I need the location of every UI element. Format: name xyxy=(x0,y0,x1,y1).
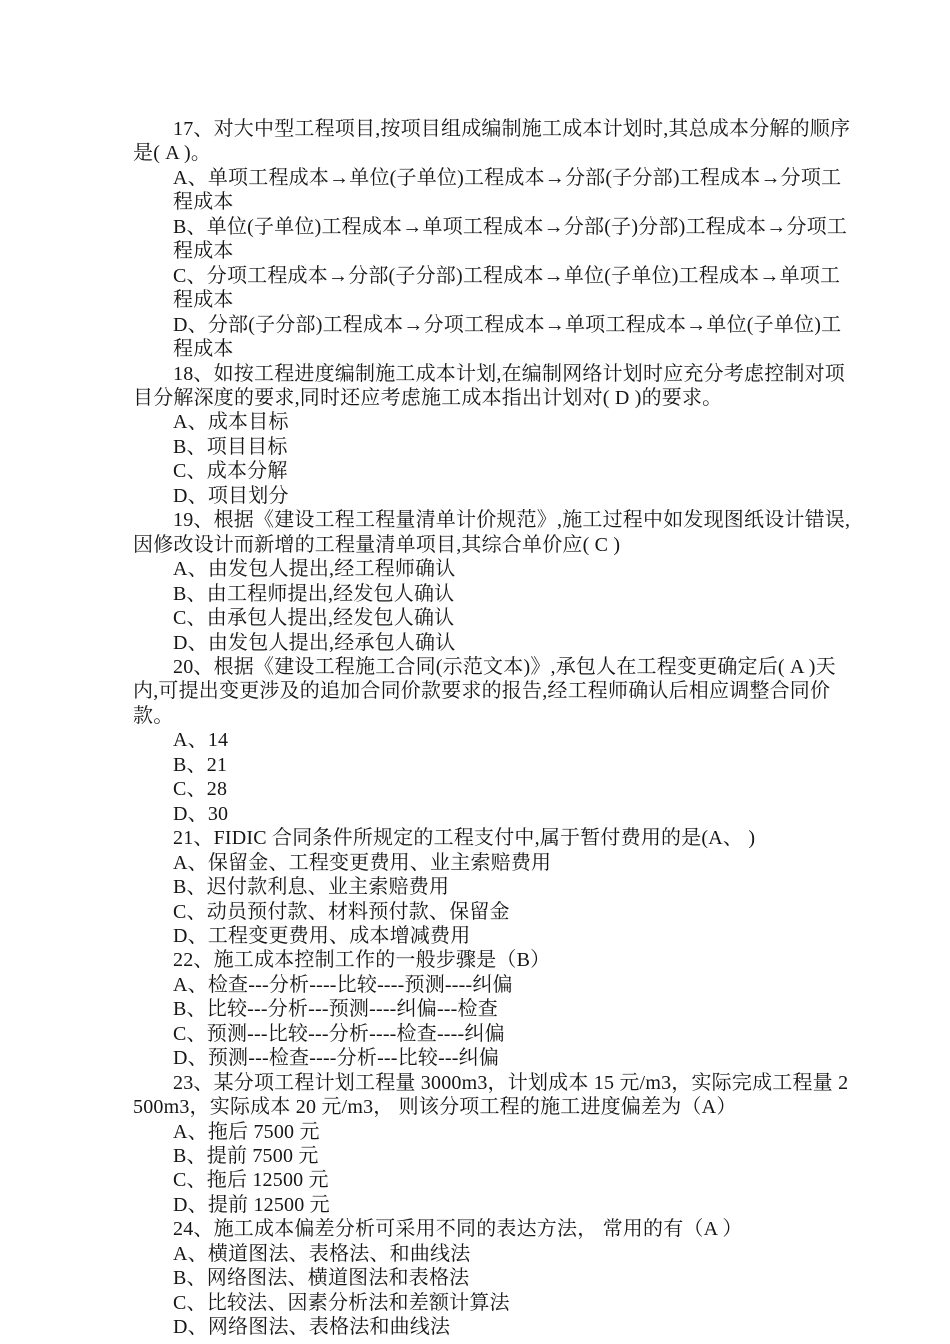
option-line: B、项目目标 xyxy=(133,435,855,459)
option-line: A、成本目标 xyxy=(133,410,855,434)
option-line: B、网络图法、横道图法和表格法 xyxy=(133,1266,855,1290)
option-line: A、横道图法、表格法、和曲线法 xyxy=(133,1242,855,1266)
option-line: D、分部(子分部)工程成本→分项工程成本→单项工程成本→单位(子单位)工程成本 xyxy=(133,313,855,362)
option-line: B、由工程师提出,经发包人确认 xyxy=(133,582,855,606)
option-line: A、14 xyxy=(133,728,855,752)
option-line: C、预测---比较---分析----检查----纠偏 xyxy=(133,1022,855,1046)
question-stem: 18、如按工程进度编制施工成本计划,在编制网络计划时应充分考虑控制对项目分解深度… xyxy=(133,362,855,411)
option-line: D、提前 12500 元 xyxy=(133,1193,855,1217)
option-line: B、迟付款利息、业主索赔费用 xyxy=(133,875,855,899)
option-line: C、分项工程成本→分部(子分部)工程成本→单位(子单位)工程成本→单项工程成本 xyxy=(133,264,855,313)
option-line: D、由发包人提出,经承包人确认 xyxy=(133,631,855,655)
question-stem: 21、FIDIC 合同条件所规定的工程支付中,属于暂付费用的是(A、 ) xyxy=(133,826,855,850)
option-line: A、拖后 7500 元 xyxy=(133,1120,855,1144)
option-line: D、预测---检查----分析---比较---纠偏 xyxy=(133,1046,855,1070)
option-line: C、动员预付款、材料预付款、保留金 xyxy=(133,900,855,924)
question-block-20: 20、根据《建设工程施工合同(示范文本)》,承包人在工程变更确定后( A )天内… xyxy=(133,655,855,826)
question-stem: 22、施工成本控制工作的一般步骤是（B） xyxy=(133,948,855,972)
question-stem: 17、对大中型工程项目,按项目组成编制施工成本计划时,其总成本分解的顺序是( A… xyxy=(133,117,855,166)
option-line: C、由承包人提出,经发包人确认 xyxy=(133,606,855,630)
question-stem: 23、某分项工程计划工程量 3000m3，计划成本 15 元/m3，实际完成工程… xyxy=(133,1071,855,1120)
option-line: A、检查---分析----比较----预测----纠偏 xyxy=(133,973,855,997)
option-line: C、成本分解 xyxy=(133,459,855,483)
question-stem: 20、根据《建设工程施工合同(示范文本)》,承包人在工程变更确定后( A )天内… xyxy=(133,655,855,728)
option-line: A、单项工程成本→单位(子单位)工程成本→分部(子分部)工程成本→分项工程成本 xyxy=(133,166,855,215)
option-line: D、工程变更费用、成本增减费用 xyxy=(133,924,855,948)
option-line: D、30 xyxy=(133,802,855,826)
exam-document: 17、对大中型工程项目,按项目组成编制施工成本计划时,其总成本分解的顺序是( A… xyxy=(0,0,950,1344)
option-line: B、提前 7500 元 xyxy=(133,1144,855,1168)
option-line: B、单位(子单位)工程成本→单项工程成本→分部(子)分部)工程成本→分项工程成本 xyxy=(133,215,855,264)
option-line: D、项目划分 xyxy=(133,484,855,508)
question-stem: 24、施工成本偏差分析可采用不同的表达方法， 常用的有（A ） xyxy=(133,1217,855,1241)
option-line: A、由发包人提出,经工程师确认 xyxy=(133,557,855,581)
option-line: A、保留金、工程变更费用、业主索赔费用 xyxy=(133,851,855,875)
question-block-23: 23、某分项工程计划工程量 3000m3，计划成本 15 元/m3，实际完成工程… xyxy=(133,1071,855,1218)
option-line: C、28 xyxy=(133,777,855,801)
option-line: C、比较法、因素分析法和差额计算法 xyxy=(133,1291,855,1315)
question-block-17: 17、对大中型工程项目,按项目组成编制施工成本计划时,其总成本分解的顺序是( A… xyxy=(133,117,855,362)
option-line: D、网络图法、表格法和曲线法 xyxy=(133,1315,855,1339)
option-line: C、拖后 12500 元 xyxy=(133,1168,855,1192)
question-block-24: 24、施工成本偏差分析可采用不同的表达方法， 常用的有（A ） A、横道图法、表… xyxy=(133,1217,855,1339)
question-block-22: 22、施工成本控制工作的一般步骤是（B） A、检查---分析----比较----… xyxy=(133,948,855,1070)
question-block-18: 18、如按工程进度编制施工成本计划,在编制网络计划时应充分考虑控制对项目分解深度… xyxy=(133,362,855,509)
question-stem: 19、根据《建设工程工程量清单计价规范》,施工过程中如发现图纸设计错误,因修改设… xyxy=(133,508,855,557)
question-block-21: 21、FIDIC 合同条件所规定的工程支付中,属于暂付费用的是(A、 ) A、保… xyxy=(133,826,855,948)
question-block-19: 19、根据《建设工程工程量清单计价规范》,施工过程中如发现图纸设计错误,因修改设… xyxy=(133,508,855,655)
option-line: B、比较---分析---预测----纠偏---检查 xyxy=(133,997,855,1021)
option-line: B、21 xyxy=(133,753,855,777)
